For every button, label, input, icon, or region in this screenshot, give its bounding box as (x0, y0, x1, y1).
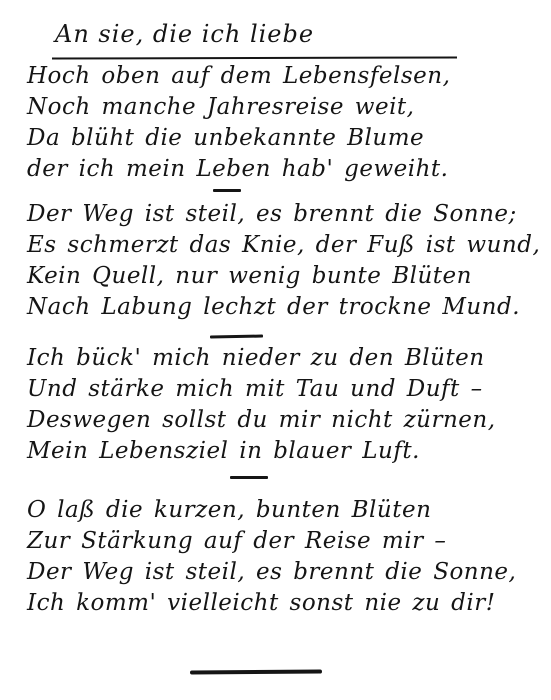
poem-line: Mein Lebensziel in blauer Luft. (27, 436, 541, 467)
poem-line: Zur Stärkung auf der Reise mir – (27, 526, 541, 557)
stanza-4: O laß die kurzen, bunten Blüten Zur Stär… (27, 495, 541, 619)
stanza-separator (210, 335, 263, 339)
poem-title: An sie, die ich liebe (55, 20, 314, 48)
poem-line: Da blüht die unbekannte Blume (27, 123, 541, 154)
poem-line: Hoch oben auf dem Lebensfelsen, (27, 61, 541, 92)
stanza-separator (213, 189, 241, 192)
poem-line: Der Weg ist steil, es brennt die Sonne; (27, 199, 541, 230)
stanza-3: Ich bück' mich nieder zu den Blüten Und … (27, 343, 541, 467)
poem-line: Es schmerzt das Knie, der Fuß ist wund, (27, 230, 541, 261)
manuscript-page: An sie, die ich liebe Hoch oben auf dem … (0, 0, 551, 700)
poem-line: Ich bück' mich nieder zu den Blüten (27, 343, 541, 374)
poem-line: O laß die kurzen, bunten Blüten (27, 495, 541, 526)
poem-line: Der Weg ist steil, es brennt die Sonne, (27, 557, 541, 588)
title-underline (52, 56, 457, 59)
poem-line: Und stärke mich mit Tau und Duft – (27, 374, 541, 405)
poem-line: Noch manche Jahresreise weit, (27, 92, 541, 123)
end-rule (190, 670, 322, 675)
stanza-1: Hoch oben auf dem Lebensfelsen, Noch man… (27, 61, 541, 185)
poem-line: Deswegen sollst du mir nicht zürnen, (27, 405, 541, 436)
stanza-2: Der Weg ist steil, es brennt die Sonne; … (27, 199, 541, 323)
stanza-separator (230, 476, 268, 479)
poem-line: Ich komm' vielleicht sonst nie zu dir! (27, 588, 541, 619)
poem-line: Kein Quell, nur wenig bunte Blüten (27, 261, 541, 292)
poem-line: der ich mein Leben hab' geweiht. (27, 154, 541, 185)
poem-line: Nach Labung lechzt der trockne Mund. (27, 292, 541, 323)
